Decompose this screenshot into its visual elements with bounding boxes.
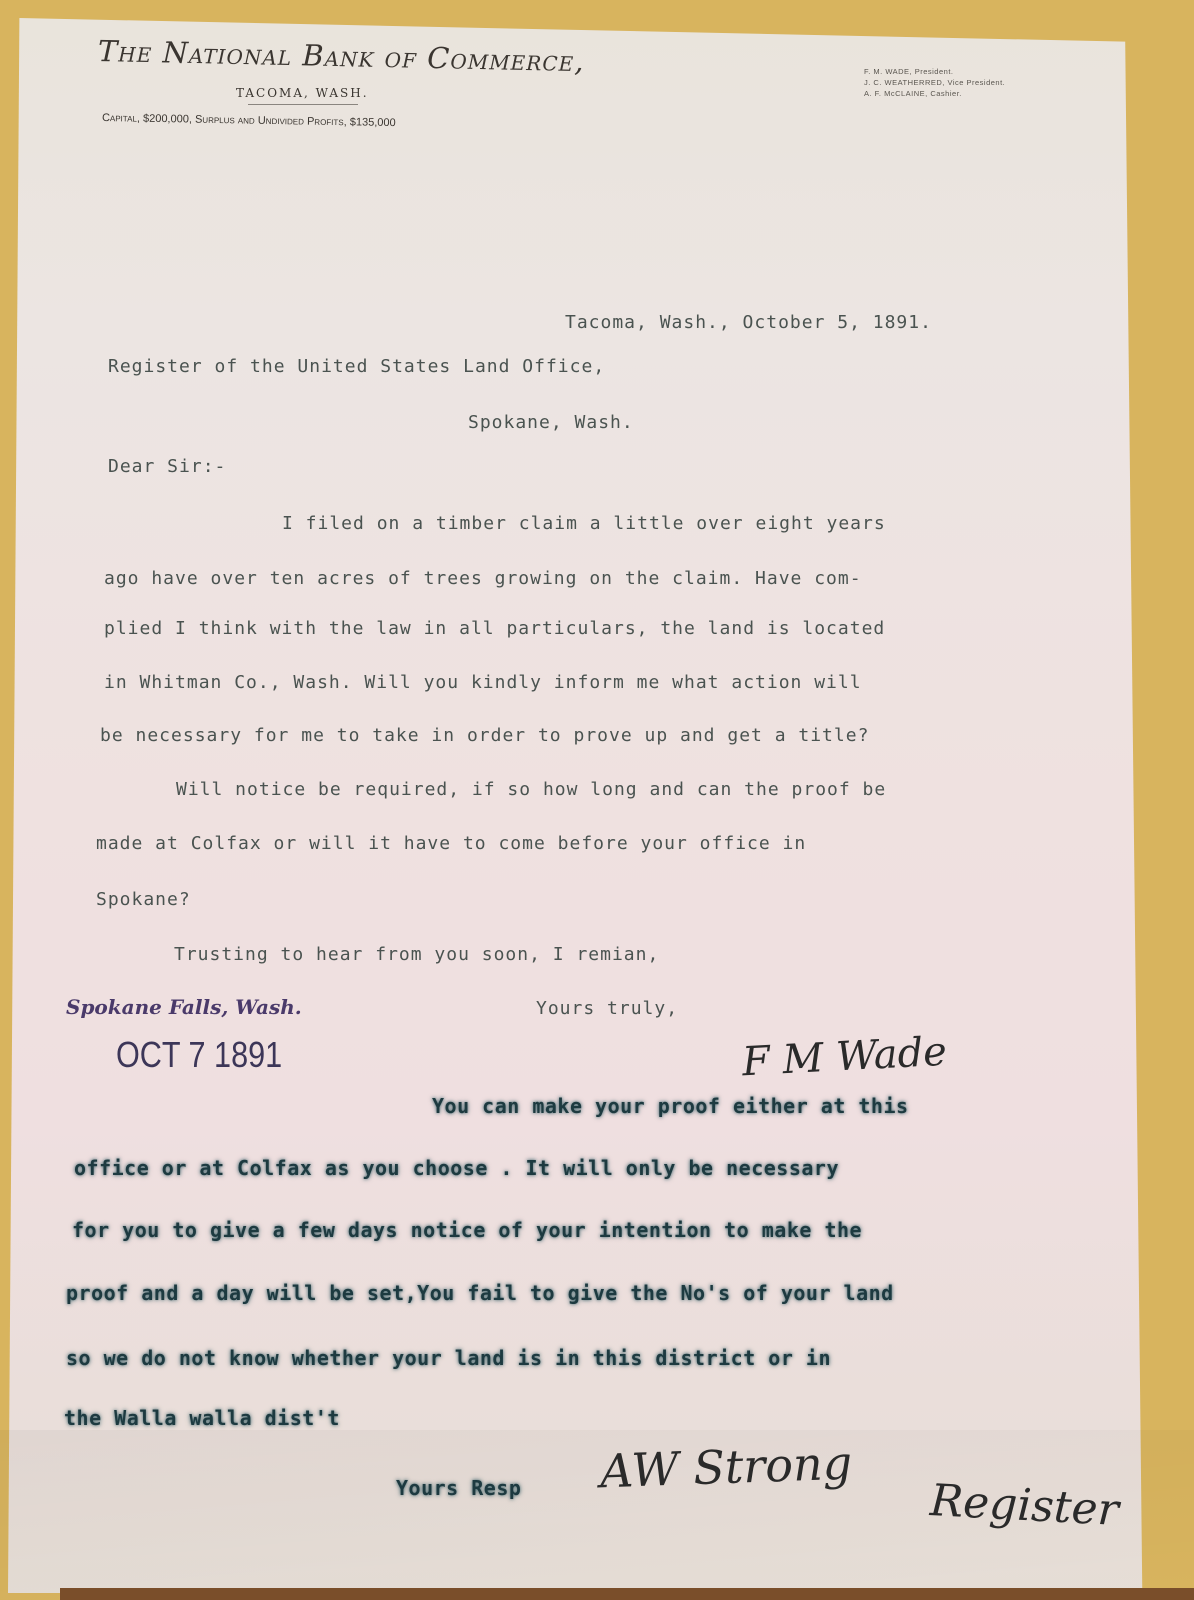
body-line: Spokane? (96, 889, 191, 910)
reply-line: so we do not know whether your land is i… (66, 1346, 831, 1370)
recipient-line-1: Register of the United States Land Offic… (108, 356, 605, 377)
body-line: made at Colfax or will it have to come b… (96, 833, 806, 854)
officer-vice-president: J. C. WEATHERRED, Vice President. (864, 77, 1005, 88)
received-stamp-date: OCT 7 1891 (116, 1034, 282, 1076)
recipient-line-2: Spokane, Wash. (468, 412, 634, 433)
officer-president: F. M. WADE, President. (864, 66, 1005, 77)
bank-city: TACOMA, WASH. (236, 86, 369, 100)
body-line: be necessary for me to take in order to … (100, 725, 869, 746)
signature-strong: AW Strong (599, 1436, 853, 1499)
bank-officers: F. M. WADE, President. J. C. WEATHERRED,… (864, 66, 1005, 99)
letterhead-rule (248, 104, 358, 105)
body-line: in Whitman Co., Wash. Will you kindly in… (104, 672, 862, 693)
received-stamp-place: Spokane Falls, Wash. (66, 995, 302, 1019)
officer-cashier: A. F. McCLAINE, Cashier. (864, 88, 1005, 99)
signature-title-register: Register (929, 1475, 1120, 1536)
body-line: Will notice be required, if so how long … (176, 779, 886, 800)
body-line: plied I think with the law in all partic… (104, 618, 885, 639)
letter-closing: Yours truly, (536, 998, 678, 1019)
body-line: Trusting to hear from you soon, I remian… (174, 944, 659, 965)
reply-line: the Walla walla dist't (64, 1406, 340, 1430)
body-line: I filed on a timber claim a little over … (282, 513, 886, 534)
reply-closing: Yours Resp (396, 1476, 521, 1500)
table-edge (60, 1588, 1194, 1600)
salutation: Dear Sir:- (108, 456, 226, 477)
reply-line: for you to give a few days notice of you… (72, 1218, 862, 1242)
reply-line: You can make your proof either at this (432, 1094, 909, 1118)
body-line: ago have over ten acres of trees growing… (104, 568, 862, 589)
reply-line: office or at Colfax as you choose . It w… (74, 1156, 839, 1180)
reply-line: proof and a day will be set,You fail to … (66, 1281, 894, 1305)
dateline: Tacoma, Wash., October 5, 1891. (565, 312, 932, 333)
